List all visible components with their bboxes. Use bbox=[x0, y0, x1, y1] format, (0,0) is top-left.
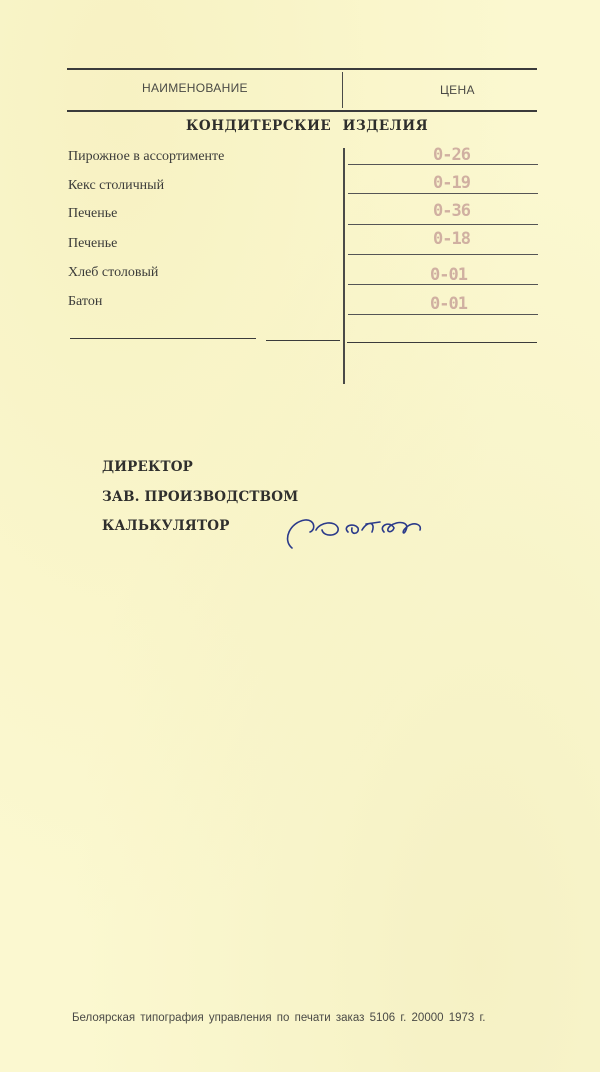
item-name: Печенье bbox=[68, 236, 117, 252]
price-underline bbox=[348, 314, 538, 315]
price-underline bbox=[348, 254, 538, 255]
column-header-price: ЦЕНА bbox=[440, 83, 475, 97]
production-head-label: ЗАВ. ПРОИЗВОДСТВОМ bbox=[102, 489, 298, 505]
calculator-label: КАЛЬКУЛЯТОР bbox=[102, 518, 230, 534]
price-underline bbox=[348, 164, 538, 165]
director-label: ДИРЕКТОР bbox=[102, 459, 193, 475]
item-name: Печенье bbox=[68, 206, 117, 222]
item-price: 0-26 bbox=[433, 145, 470, 165]
table-top-rule bbox=[67, 68, 537, 70]
item-name: Батон bbox=[68, 294, 102, 310]
price-underline bbox=[348, 193, 538, 194]
bottom-rule-left bbox=[70, 338, 256, 339]
header-column-divider bbox=[342, 72, 343, 108]
item-price: 0-36 bbox=[433, 201, 470, 221]
item-price: 0-19 bbox=[433, 173, 470, 193]
header-bottom-rule bbox=[67, 110, 537, 112]
printer-imprint: Белоярская типография управления по печа… bbox=[72, 1012, 485, 1024]
item-price: 0-18 bbox=[433, 229, 470, 249]
column-header-name: НАИМЕНОВАНИЕ bbox=[142, 81, 248, 95]
price-underline bbox=[348, 224, 538, 225]
bottom-rule-mid bbox=[266, 340, 340, 341]
item-name: Хлеб столовый bbox=[68, 265, 158, 281]
handwritten-signature bbox=[280, 510, 450, 555]
item-price: 0-01 bbox=[430, 294, 467, 314]
item-name: Пирожное в ассортименте bbox=[68, 149, 224, 165]
price-column-divider bbox=[343, 148, 345, 384]
price-underline bbox=[348, 284, 538, 285]
bottom-rule-right bbox=[347, 342, 537, 343]
item-price: 0-01 bbox=[430, 265, 467, 285]
section-title: КОНДИТЕРСКИЕ ИЗДЕЛИЯ bbox=[186, 118, 428, 134]
item-name: Кекс столичный bbox=[68, 178, 164, 194]
